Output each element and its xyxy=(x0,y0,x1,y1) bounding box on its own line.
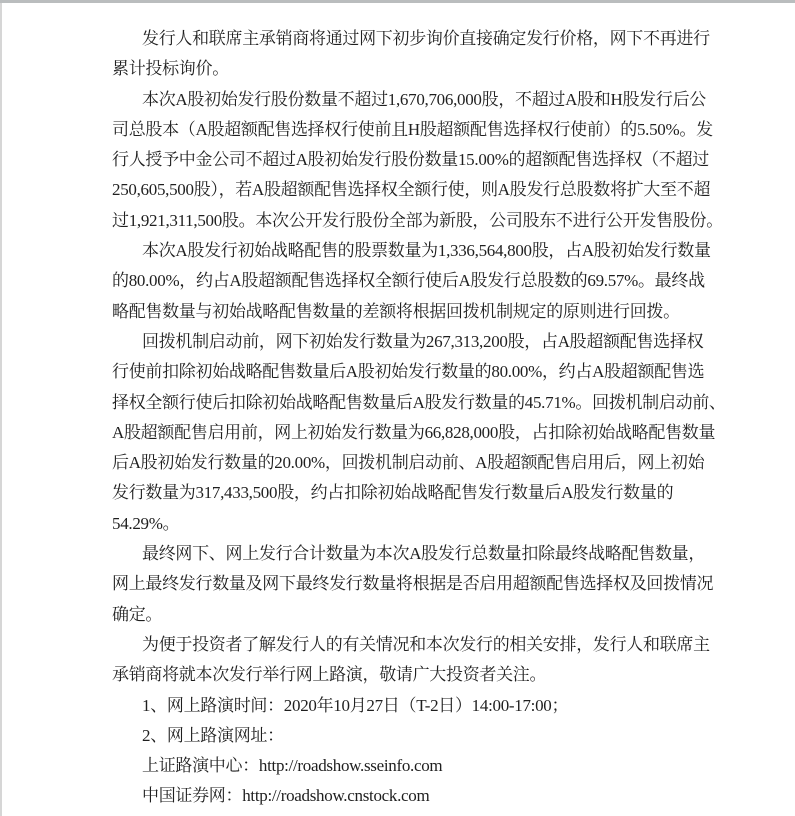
text-line: 承销商将就本次发行举行网上路演，敬请广大投资者关注。 xyxy=(112,660,703,690)
text-line: 2、网上路演网址： xyxy=(112,721,703,751)
text-line: 最终网下、网上发行合计数量为本次A股发行总数量扣除最终战略配售数量， xyxy=(112,539,703,569)
text-line: 的80.00%，约占A股超额配售选择权全额行使后A股发行总股数的69.57%。最… xyxy=(112,266,703,296)
text-line: 250,605,500股），若A股超额配售选择权全额行使，则A股发行总股数将扩大… xyxy=(112,175,703,205)
text-line: 行人授予中金公司不超过A股初始发行股份数量15.00%的超额配售选择权（不超过 xyxy=(112,145,703,175)
text-line: 后A股初始发行数量的20.00%，回拨机制启动前、A股超额配售启用后，网上初始 xyxy=(112,448,703,478)
text-line: 行使前扣除初始战略配售数量后A股初始发行数量的80.00%，约占A股超额配售选 xyxy=(112,357,703,387)
page-top-edge xyxy=(0,0,795,3)
text-line: 回拨机制启动前，网下初始发行数量为267,313,200股，占A股超额配售选择权 xyxy=(112,327,703,357)
text-line: 中国证券网：http://roadshow.cnstock.com xyxy=(112,781,703,811)
text-line: 上证路演中心：http://roadshow.sseinfo.com xyxy=(112,751,703,781)
text-line: A股超额配售启用前，网上初始发行数量为66,828,000股，占扣除初始战略配售… xyxy=(112,418,703,448)
page-left-edge xyxy=(0,3,2,816)
text-line: 本次A股初始发行股份数量不超过1,670,706,000股，不超过A股和H股发行… xyxy=(112,85,703,115)
text-line: 确定。 xyxy=(112,600,703,630)
text-line: 发行人和联席主承销商将通过网下初步询价直接确定发行价格，网下不再进行 xyxy=(112,24,703,54)
document-body: 发行人和联席主承销商将通过网下初步询价直接确定发行价格，网下不再进行累计投标询价… xyxy=(112,24,703,812)
text-line: 本次A股发行初始战略配售的股票数量为1,336,564,800股，占A股初始发行… xyxy=(112,236,703,266)
text-line: 略配售数量与初始战略配售数量的差额将根据回拨机制规定的原则进行回拨。 xyxy=(112,297,703,327)
text-line: 1、网上路演时间：2020年10月27日（T-2日）14:00-17:00； xyxy=(112,691,703,721)
text-line: 累计投标询价。 xyxy=(112,54,703,84)
text-line: 发行数量为317,433,500股，约占扣除初始战略配售发行数量后A股发行数量的 xyxy=(112,478,703,508)
text-line: 过1,921,311,500股。本次公开发行股份全部为新股，公司股东不进行公开发… xyxy=(112,206,703,236)
text-line: 网上最终发行数量及网下最终发行数量将根据是否启用超额配售选择权及回拨情况 xyxy=(112,569,703,599)
text-line: 为便于投资者了解发行人的有关情况和本次发行的相关安排，发行人和联席主 xyxy=(112,630,703,660)
text-line: 司总股本（A股超额配售选择权行使前且H股超额配售选择权行使前）的5.50%。发 xyxy=(112,115,703,145)
text-line: 54.29%。 xyxy=(112,509,703,539)
document-page: 发行人和联席主承销商将通过网下初步询价直接确定发行价格，网下不再进行累计投标询价… xyxy=(0,0,795,816)
text-line: 择权全额行使后扣除初始战略配售数量后A股发行数量的45.71%。回拨机制启动前、 xyxy=(112,388,703,418)
